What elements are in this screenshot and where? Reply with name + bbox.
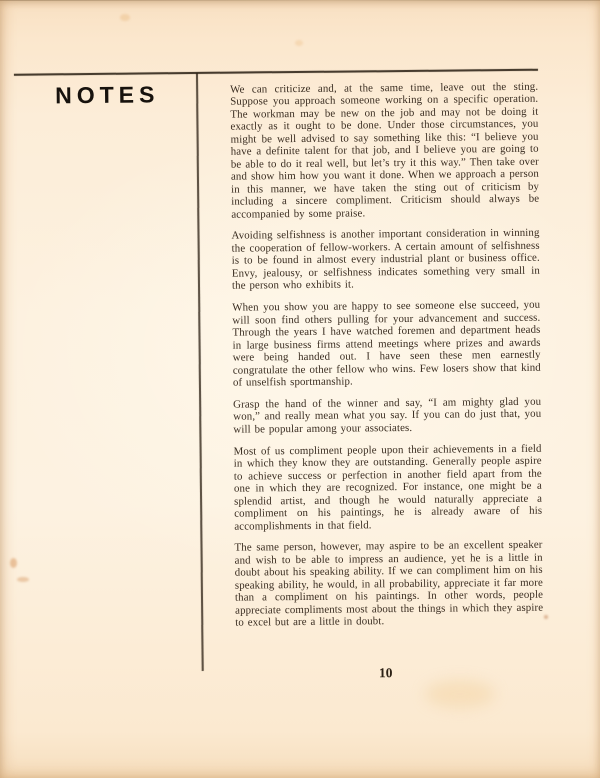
paragraph: Avoiding selfishness is another importan… (231, 227, 540, 292)
body-text-column: We can criticize and, at the same time, … (230, 81, 543, 630)
paragraph: When you show you are happy to see someo… (232, 299, 541, 389)
page-content: NOTES We can criticize and, at the same … (0, 0, 600, 778)
paragraph: Most of us compliment people upon their … (234, 442, 543, 532)
page-number: 10 (232, 664, 540, 683)
paragraph: We can criticize and, at the same time, … (230, 81, 539, 221)
scan-top-edge (0, 0, 600, 1)
header-rule (14, 69, 538, 76)
paragraph: The same person, however, may aspire to … (234, 539, 543, 629)
scanned-page: NOTES We can criticize and, at the same … (0, 0, 600, 778)
paragraph: Grasp the hand of the winner and say, “I… (233, 396, 541, 436)
notes-heading: NOTES (55, 81, 159, 109)
column-divider-rule (196, 73, 203, 671)
